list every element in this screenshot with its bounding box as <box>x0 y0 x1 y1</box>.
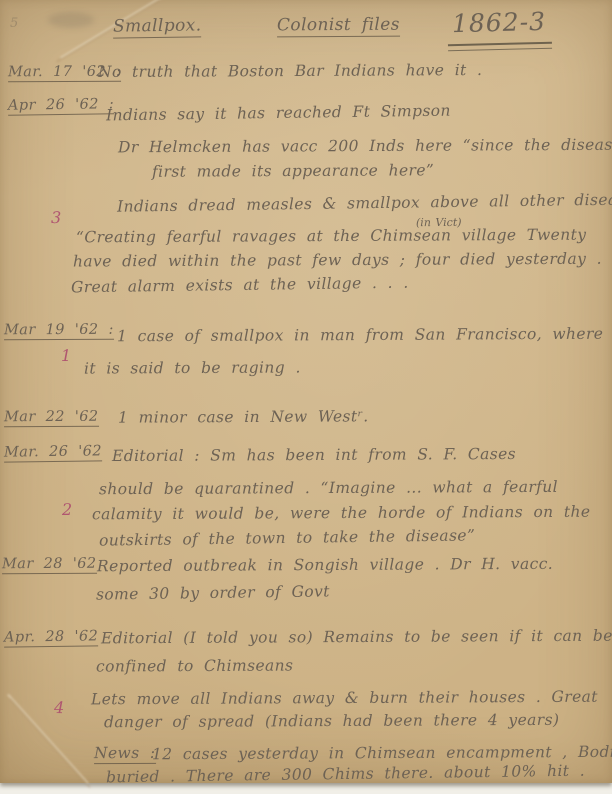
entry-3-date: Mar 22 '62 <box>4 409 99 425</box>
entry-1-line-4: “Creating fearful ravages at the Chimsea… <box>76 226 586 247</box>
entry-5-line-1: some 30 by order of Govt <box>96 582 330 603</box>
page-title: Smallpox. <box>113 15 202 36</box>
entry-4-line-1: should be quarantined . “Imagine ... wha… <box>99 478 558 498</box>
entry-2-date: Mar 19 '62 : <box>4 322 114 339</box>
corner-mark: 5 <box>10 16 19 31</box>
entry-6-line-2: Lets move all Indians away & burn their … <box>91 688 598 709</box>
entry-3-line-0: 1 minor case in New Westʳ. <box>118 407 369 426</box>
entry-1-line-2: first made its appearance here” <box>152 161 434 180</box>
entry-4-date: Mar. 26 '62 <box>4 443 102 460</box>
entry-0-line-0: No truth that Boston Bar Indians have it… <box>98 61 482 81</box>
margin-note-red: 4 <box>54 698 65 717</box>
entry-5-line-0: Reported outbreak in Songish village . D… <box>97 555 553 575</box>
files-label: Colonist files <box>277 15 400 36</box>
margin-note-red: 2 <box>62 500 73 519</box>
scanned-page: { "header": { "title": "Smallpox.", "fil… <box>0 0 612 794</box>
entry-6-line-3: danger of spread (Indians had been there… <box>104 711 559 731</box>
margin-note-red: 1 <box>61 346 72 365</box>
entry-1-line-5: have died within the past few days ; fou… <box>73 250 612 271</box>
entry-6-news-text: 12 cases yesterday in Chimsean encampmen… <box>152 743 612 764</box>
entry-4-line-2: calamity it would be, were the horde of … <box>92 503 591 524</box>
entry-6-line-0: Editorial (I told you so) Remains to be … <box>101 627 612 648</box>
entry-6-date: Apr. 28 '62 <box>4 628 98 645</box>
pencil-smudge <box>48 12 94 28</box>
entry-5-date: Mar 28 '62 <box>2 556 97 572</box>
entry-1-date: Apr 26 '62 : <box>8 96 114 113</box>
margin-note-red: 3 <box>51 208 62 227</box>
entry-4-line-0: Editorial : Sm has been int from S. F. C… <box>112 445 516 465</box>
entry-6-line-1: confined to Chimseans <box>96 656 293 675</box>
year-label: 1862-3 <box>452 7 547 38</box>
entry-6-news-label: News : <box>94 744 156 762</box>
entry-1-line-1: Dr Helmcken has vacc 200 Inds here “sinc… <box>118 136 612 157</box>
entry-2-line-1: it is said to be raging . <box>84 358 301 377</box>
entry-2-line-0: 1 case of smallpox in man from San Franc… <box>117 325 603 346</box>
